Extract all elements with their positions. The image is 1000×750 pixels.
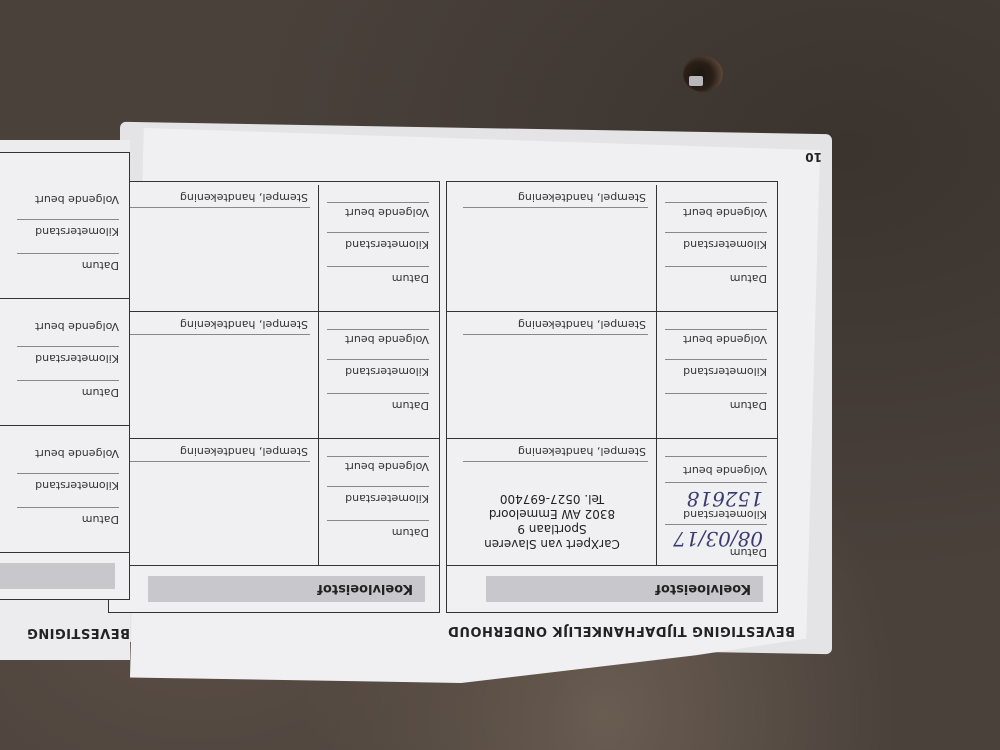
service-entry: Datum 08/03/17 Kilometerstand 152618 Vol…: [447, 438, 777, 565]
section-title: Koelvloeistof: [486, 576, 763, 602]
page-content-rotated: BEVESTIGING TIJDAFHANKELIJK ONDERHOUD BE…: [0, 0, 1000, 750]
service-column-1: Koelvloeistof Datum 08/03/17 Kilometerst…: [446, 181, 778, 613]
next-service-label: Volgende beurt: [683, 464, 767, 477]
service-entry: Datum Kilometerstand Volgende beurt Stem…: [109, 438, 439, 565]
service-entry: Datum Kilometerstand Volgende beurt Stem…: [447, 311, 777, 438]
page-number: 10: [805, 150, 822, 164]
service-entry: Datum Kilometerstand Volgende beurt Stem…: [109, 185, 439, 311]
service-column-3: Datum Kilometerstand Volgende beurt Datu…: [0, 152, 130, 600]
section-title: Koelvloeistof: [148, 576, 425, 602]
service-entry: Datum Kilometerstand Volgende beurt: [0, 425, 129, 552]
service-entry: Datum Kilometerstand Volgende beurt Stem…: [447, 185, 777, 311]
service-column-2: Koelvloeistof Datum Kilometerstand Volge…: [108, 181, 440, 613]
service-entry: Datum Kilometerstand Volgende beurt: [0, 298, 129, 425]
service-entry: Datum Kilometerstand Volgende beurt Stem…: [109, 311, 439, 438]
stamp-label: Stempel, handtekening: [518, 445, 646, 458]
page-header: BEVESTIGING TIJDAFHANKELIJK ONDERHOUD: [448, 623, 795, 638]
dealer-stamp: CarXpert van Slaveren Sportlaan 9 8302 A…: [462, 491, 642, 551]
section-title: [0, 563, 115, 589]
km-value: 152618: [687, 487, 763, 511]
service-entry: Datum Kilometerstand Volgende beurt: [0, 172, 129, 298]
maintenance-booklet: BEVESTIGING TIJDAFHANKELIJK ONDERHOUD BE…: [0, 0, 1000, 750]
left-page-header: BEVESTIGING: [27, 625, 130, 640]
datum-value: 08/03/17: [673, 527, 763, 551]
